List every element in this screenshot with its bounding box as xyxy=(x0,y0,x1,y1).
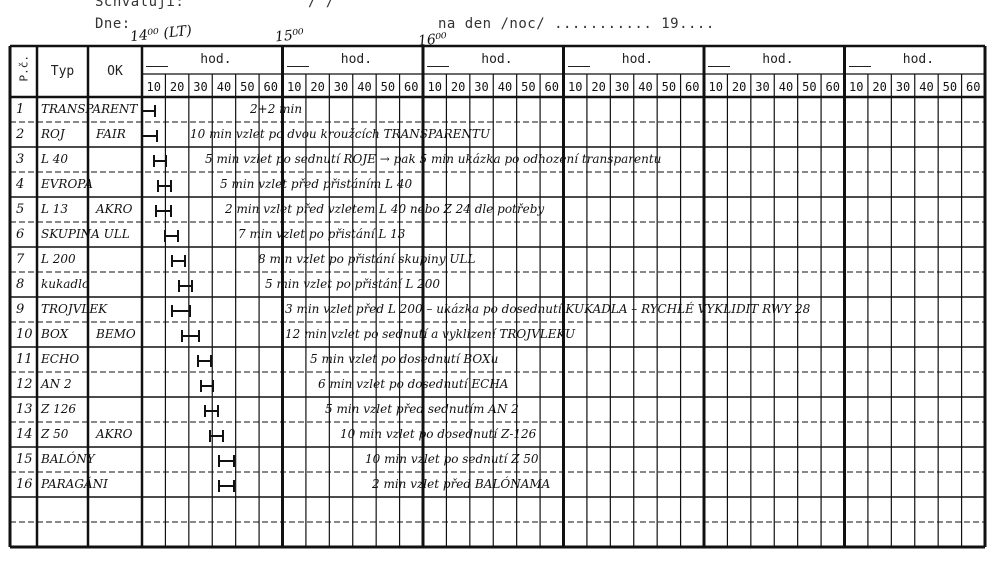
timing-bar xyxy=(165,235,178,237)
timing-bar xyxy=(219,460,234,462)
row-ok: AKRO xyxy=(96,422,133,447)
row-note: 6 min vzlet po dosednutí ECHA xyxy=(318,372,508,397)
row-type: TRANSPARENT xyxy=(41,97,137,122)
row-note: 10 min vzlet po dvou kroužcích TRANSPARE… xyxy=(190,122,490,147)
hour-label-2: hod. xyxy=(481,52,512,67)
minute-tick-0-5: 60 xyxy=(261,80,280,94)
minute-tick-1-0: 10 xyxy=(285,80,304,94)
row-number: 5 xyxy=(16,197,24,222)
minute-tick-1-1: 20 xyxy=(308,80,327,94)
row-number: 2 xyxy=(16,122,24,147)
minute-tick-2-5: 60 xyxy=(542,80,561,94)
row-note: 5 min vzlet po dosednutí BOXu xyxy=(310,347,498,372)
minute-tick-5-2: 30 xyxy=(894,80,913,94)
timing-bar xyxy=(172,310,189,312)
row-number: 6 xyxy=(16,222,24,247)
minute-tick-5-4: 50 xyxy=(940,80,959,94)
hour-label-1: hod. xyxy=(341,52,372,67)
minute-tick-3-4: 50 xyxy=(659,80,678,94)
row-number: 4 xyxy=(16,172,24,197)
header-pc: P.č. xyxy=(18,56,31,82)
row-number: 15 xyxy=(16,447,33,472)
minute-tick-3-2: 30 xyxy=(613,80,632,94)
row-note: 10 min vzlet po sednutí Z 50 xyxy=(365,447,539,472)
minute-tick-0-2: 30 xyxy=(191,80,210,94)
row-note: 2 min vzlet před vzletem L 40 nebo Z 24 … xyxy=(225,197,544,222)
hour-blank-1 xyxy=(287,66,309,67)
minute-tick-3-3: 40 xyxy=(636,80,655,94)
row-note: 3 min vzlet před L 200 – ukázka po dosed… xyxy=(285,297,810,322)
row-number: 13 xyxy=(16,397,33,422)
minute-tick-5-5: 60 xyxy=(964,80,983,94)
hour-blank-0 xyxy=(146,66,168,67)
hour-blank-3 xyxy=(568,66,590,67)
minute-tick-3-1: 20 xyxy=(589,80,608,94)
timing-bar xyxy=(179,285,192,287)
row-number: 10 xyxy=(16,322,33,347)
minute-tick-1-5: 60 xyxy=(402,80,421,94)
row-number: 14 xyxy=(16,422,33,447)
row-note: 7 min vzlet po přistání L 13 xyxy=(238,222,405,247)
hour-label-0: hod. xyxy=(200,52,231,67)
row-type: L 200 xyxy=(41,247,76,272)
row-number: 12 xyxy=(16,372,33,397)
row-note: 10 min vzlet po dosednutí Z-126 xyxy=(340,422,536,447)
minute-tick-2-0: 10 xyxy=(425,80,444,94)
row-type: BOX xyxy=(41,322,68,347)
row-type: L 13 xyxy=(41,197,68,222)
minute-tick-4-1: 20 xyxy=(730,80,749,94)
minute-tick-1-3: 40 xyxy=(355,80,374,94)
row-ok: FAIR xyxy=(96,122,126,147)
row-note: 5 min vzlet před sednutím AN 2 xyxy=(325,397,519,422)
row-type: ECHO xyxy=(41,347,79,372)
row-note: 2+2 min xyxy=(250,97,302,122)
header-typ: Typ xyxy=(37,64,88,79)
row-type: BALÓNY xyxy=(41,447,95,472)
timing-bar xyxy=(156,210,171,212)
timing-bar xyxy=(158,185,171,187)
minute-tick-2-4: 50 xyxy=(519,80,538,94)
hour-blank-4 xyxy=(708,66,730,67)
row-number: 11 xyxy=(16,347,33,372)
row-type: L 40 xyxy=(41,147,68,172)
minute-tick-4-0: 10 xyxy=(706,80,725,94)
row-number: 8 xyxy=(16,272,24,297)
minute-tick-2-1: 20 xyxy=(449,80,468,94)
header-ok: OK xyxy=(88,64,142,79)
row-type: AN 2 xyxy=(41,372,72,397)
minute-tick-0-1: 20 xyxy=(168,80,187,94)
hour-blank-2 xyxy=(427,66,449,67)
timing-bar xyxy=(142,135,157,137)
minute-tick-3-5: 60 xyxy=(683,80,702,94)
timing-bar xyxy=(172,260,185,262)
row-number: 7 xyxy=(16,247,24,272)
hour-label-3: hod. xyxy=(622,52,653,67)
minute-tick-4-4: 50 xyxy=(800,80,819,94)
minute-tick-3-0: 10 xyxy=(566,80,585,94)
row-number: 9 xyxy=(16,297,24,322)
row-note: 5 min vzlet před přistáním L 40 xyxy=(220,172,412,197)
minute-tick-5-1: 20 xyxy=(870,80,889,94)
row-ok: BEMO xyxy=(96,322,136,347)
minute-tick-0-4: 50 xyxy=(238,80,257,94)
row-note: 5 min vzlet po sednutí ROJE → pak 5 min … xyxy=(205,147,661,172)
minute-tick-2-2: 30 xyxy=(472,80,491,94)
timing-bar xyxy=(142,110,155,112)
minute-tick-4-3: 40 xyxy=(776,80,795,94)
row-type: Z 50 xyxy=(41,422,68,447)
row-type: kukadlo xyxy=(41,272,89,297)
minute-tick-5-0: 10 xyxy=(847,80,866,94)
row-type: TROJVLEK xyxy=(41,297,107,322)
minute-tick-1-2: 30 xyxy=(332,80,351,94)
row-type: SKUPINA ULL xyxy=(41,222,130,247)
row-note: 12 min vzlet po sednutí a vyklizení TROJ… xyxy=(285,322,575,347)
row-note: 2 min vzlet před BALÓNAMA xyxy=(372,472,550,497)
hour-label-5: hod. xyxy=(903,52,934,67)
minute-tick-4-5: 60 xyxy=(823,80,842,94)
row-number: 1 xyxy=(16,97,24,122)
row-ok: AKRO xyxy=(96,197,133,222)
row-number: 16 xyxy=(16,472,33,497)
timing-bar xyxy=(201,385,214,387)
minute-tick-4-2: 30 xyxy=(753,80,772,94)
row-type: PARAGÁNI xyxy=(41,472,108,497)
minute-tick-2-3: 40 xyxy=(495,80,514,94)
minute-tick-0-3: 40 xyxy=(214,80,233,94)
timing-bar xyxy=(154,160,167,162)
row-type: Z 126 xyxy=(41,397,76,422)
timing-bar xyxy=(182,335,199,337)
timing-bar xyxy=(198,360,211,362)
minute-tick-0-0: 10 xyxy=(144,80,163,94)
hour-label-4: hod. xyxy=(762,52,793,67)
minute-tick-1-4: 50 xyxy=(378,80,397,94)
row-note: 5 min vzlet po přistání L 200 xyxy=(265,272,440,297)
timing-bar xyxy=(205,410,218,412)
row-type: ROJ xyxy=(41,122,65,147)
timing-bar xyxy=(210,435,223,437)
hour-blank-5 xyxy=(849,66,871,67)
row-number: 3 xyxy=(16,147,24,172)
row-type: EVROPA xyxy=(41,172,93,197)
timing-bar xyxy=(219,485,234,487)
minute-tick-5-3: 40 xyxy=(917,80,936,94)
row-note: 8 min vzlet po přistání skupiny ULL xyxy=(258,247,475,272)
